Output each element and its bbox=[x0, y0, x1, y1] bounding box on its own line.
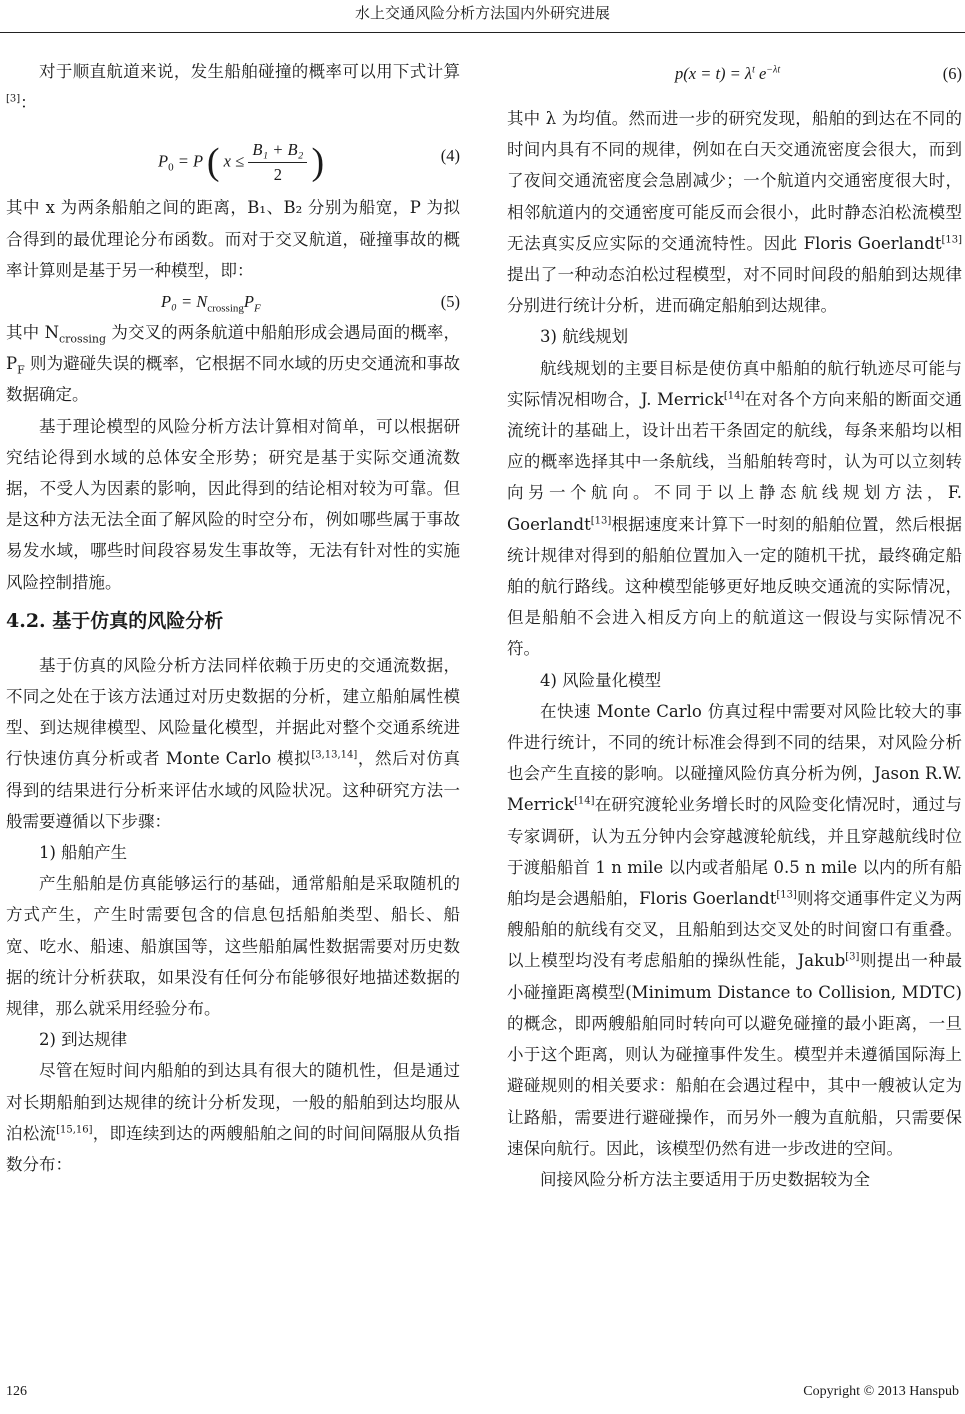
paragraph: 航线规划的主要目标是使仿真中船舶的航行轨迹尽可能与实际情况相吻合，J. Merr… bbox=[507, 353, 962, 665]
citation[interactable]: [15,16] bbox=[56, 1124, 92, 1135]
left-column: 对于顺直航道来说，发生船舶碰撞的概率可以用下式计算[3]： P0 = P ( x… bbox=[6, 56, 460, 1180]
citation[interactable]: [13] bbox=[941, 234, 962, 245]
equation-6: p(x = t) = λt e−λt (6) bbox=[507, 58, 962, 89]
copyright: Copyright © 2013 Hanspub bbox=[803, 1384, 959, 1400]
equation-number: (4) bbox=[441, 140, 460, 171]
page-footer: 126 Copyright © 2013 Hanspub bbox=[6, 1384, 959, 1408]
paragraph: 基于理论模型的风险分析方法计算相对简单，可以根据研究结论得到水域的总体安全形势；… bbox=[6, 411, 460, 598]
equation-number: (5) bbox=[441, 286, 460, 317]
step-heading: 2) 到达规律 bbox=[6, 1024, 460, 1055]
section-heading: 4.2. 基于仿真的风险分析 bbox=[6, 604, 460, 638]
step-heading: 3) 航线规划 bbox=[507, 321, 962, 352]
equation-5: P₀ = NcrossingPF (5) bbox=[6, 286, 460, 317]
citation[interactable]: [3] bbox=[845, 952, 859, 963]
header-title: 水上交通风险分析方法国内外研究进展 bbox=[355, 4, 610, 22]
paragraph: 基于仿真的风险分析方法同样依赖于历史的交通流数据，不同之处在于该方法通过对历史数… bbox=[6, 650, 460, 837]
running-header: 水上交通风险分析方法国内外研究进展 bbox=[0, 0, 965, 33]
citation[interactable]: [14] bbox=[724, 390, 745, 401]
paragraph: 其中 Ncrossing 为交叉的两条航道中船舶形成会遇局面的概率，PF 则为避… bbox=[6, 317, 460, 411]
step-heading: 1) 船舶产生 bbox=[6, 837, 460, 868]
equation-number: (6) bbox=[943, 58, 962, 89]
paragraph: 其中 x 为两条船舶之间的距离，B₁、B₂ 分别为船宽，P 为拟合得到的最优理论… bbox=[6, 192, 460, 286]
right-column: p(x = t) = λt e−λt (6) 其中 λ 为均值。然而进一步的研究… bbox=[507, 58, 962, 1195]
paragraph: 产生船舶是仿真能够运行的基础，通常船舶是采取随机的方式产生，产生时需要包含的信息… bbox=[6, 868, 460, 1024]
equation-4: P0 = P ( x ≤ B₁ + B₂2 ) (4) bbox=[6, 120, 460, 184]
paragraph: 在快速 Monte Carlo 仿真过程中需要对风险比较大的事件进行统计，不同的… bbox=[507, 696, 962, 1164]
citation[interactable]: [14] bbox=[574, 796, 595, 807]
paragraph: 间接风险分析方法主要适用于历史数据较为全 bbox=[507, 1164, 962, 1195]
citation[interactable]: [3,13,14] bbox=[311, 750, 357, 761]
citation[interactable]: [3] bbox=[6, 94, 20, 105]
paragraph: 对于顺直航道来说，发生船舶碰撞的概率可以用下式计算[3]： bbox=[6, 56, 460, 118]
step-heading: 4) 风险量化模型 bbox=[507, 665, 962, 696]
citation[interactable]: [13] bbox=[776, 890, 797, 901]
citation[interactable]: [13] bbox=[591, 515, 612, 526]
page-number: 126 bbox=[6, 1384, 27, 1400]
paragraph: 尽管在短时间内船舶的到达具有很大的随机性，但是通过对长期船舶到达规律的统计分析发… bbox=[6, 1055, 460, 1180]
paragraph: 其中 λ 为均值。然而进一步的研究发现，船舶的到达在不同的时间内具有不同的规律，… bbox=[507, 103, 962, 321]
